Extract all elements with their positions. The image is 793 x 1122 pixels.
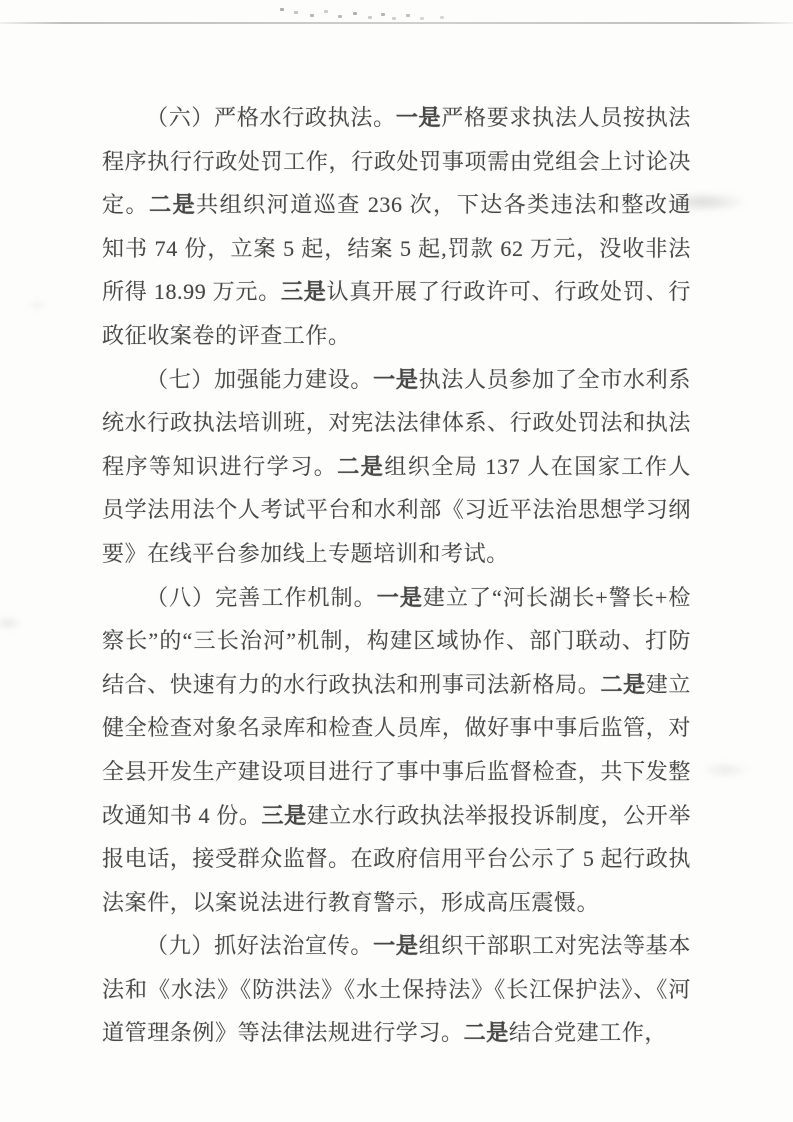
document-page: （六）严格水行政执法。一是严格要求执法人员按执法程序执行行政处罚工作，行政处罚事…	[0, 0, 793, 1122]
emphasis-marker-text: 一是	[377, 585, 423, 610]
emphasis-marker-text: 三是	[281, 279, 327, 304]
scan-artifact-topline	[0, 22, 793, 24]
scan-artifact-specks	[280, 8, 284, 11]
emphasis-marker-text: 三是	[261, 803, 306, 828]
paragraph-section-8: （八）完善工作机制。一是建立了“河长湖长+警长+检察长”的“三长治河”机制，构建…	[102, 576, 691, 925]
paragraph-section-9: （九）抓好法治宣传。一是组织干部职工对宪法等基本法和《水法》《防洪法》《水土保持…	[102, 924, 691, 1055]
body-text: （七）加强能力建设。	[146, 367, 373, 392]
body-text: （八）完善工作机制。	[146, 585, 377, 610]
scan-artifact-smudge	[28, 300, 46, 310]
body-text: （九）抓好法治宣传。	[146, 933, 373, 958]
emphasis-marker-text: 一是	[373, 933, 418, 958]
document-body: （六）严格水行政执法。一是严格要求执法人员按执法程序执行行政处罚工作，行政处罚事…	[102, 96, 691, 1055]
emphasis-marker-text: 二是	[149, 192, 196, 217]
paragraph-section-7: （七）加强能力建设。一是执法人员参加了全市水利系统水行政执法培训班，对宪法法律体…	[102, 358, 691, 576]
emphasis-marker-text: 二是	[464, 1020, 509, 1045]
emphasis-marker-text: 一是	[373, 367, 418, 392]
paragraph-section-6: （六）严格水行政执法。一是严格要求执法人员按执法程序执行行政处罚工作，行政处罚事…	[102, 96, 691, 358]
emphasis-marker-text: 二是	[337, 454, 384, 479]
scan-artifact-smudge	[0, 616, 22, 630]
body-text: （六）严格水行政执法。	[146, 105, 396, 130]
emphasis-marker-text: 二是	[600, 672, 645, 697]
scan-artifact-smudge	[700, 762, 750, 778]
body-text: 结合党建工作，	[509, 1020, 667, 1045]
emphasis-marker-text: 一是	[396, 105, 441, 130]
